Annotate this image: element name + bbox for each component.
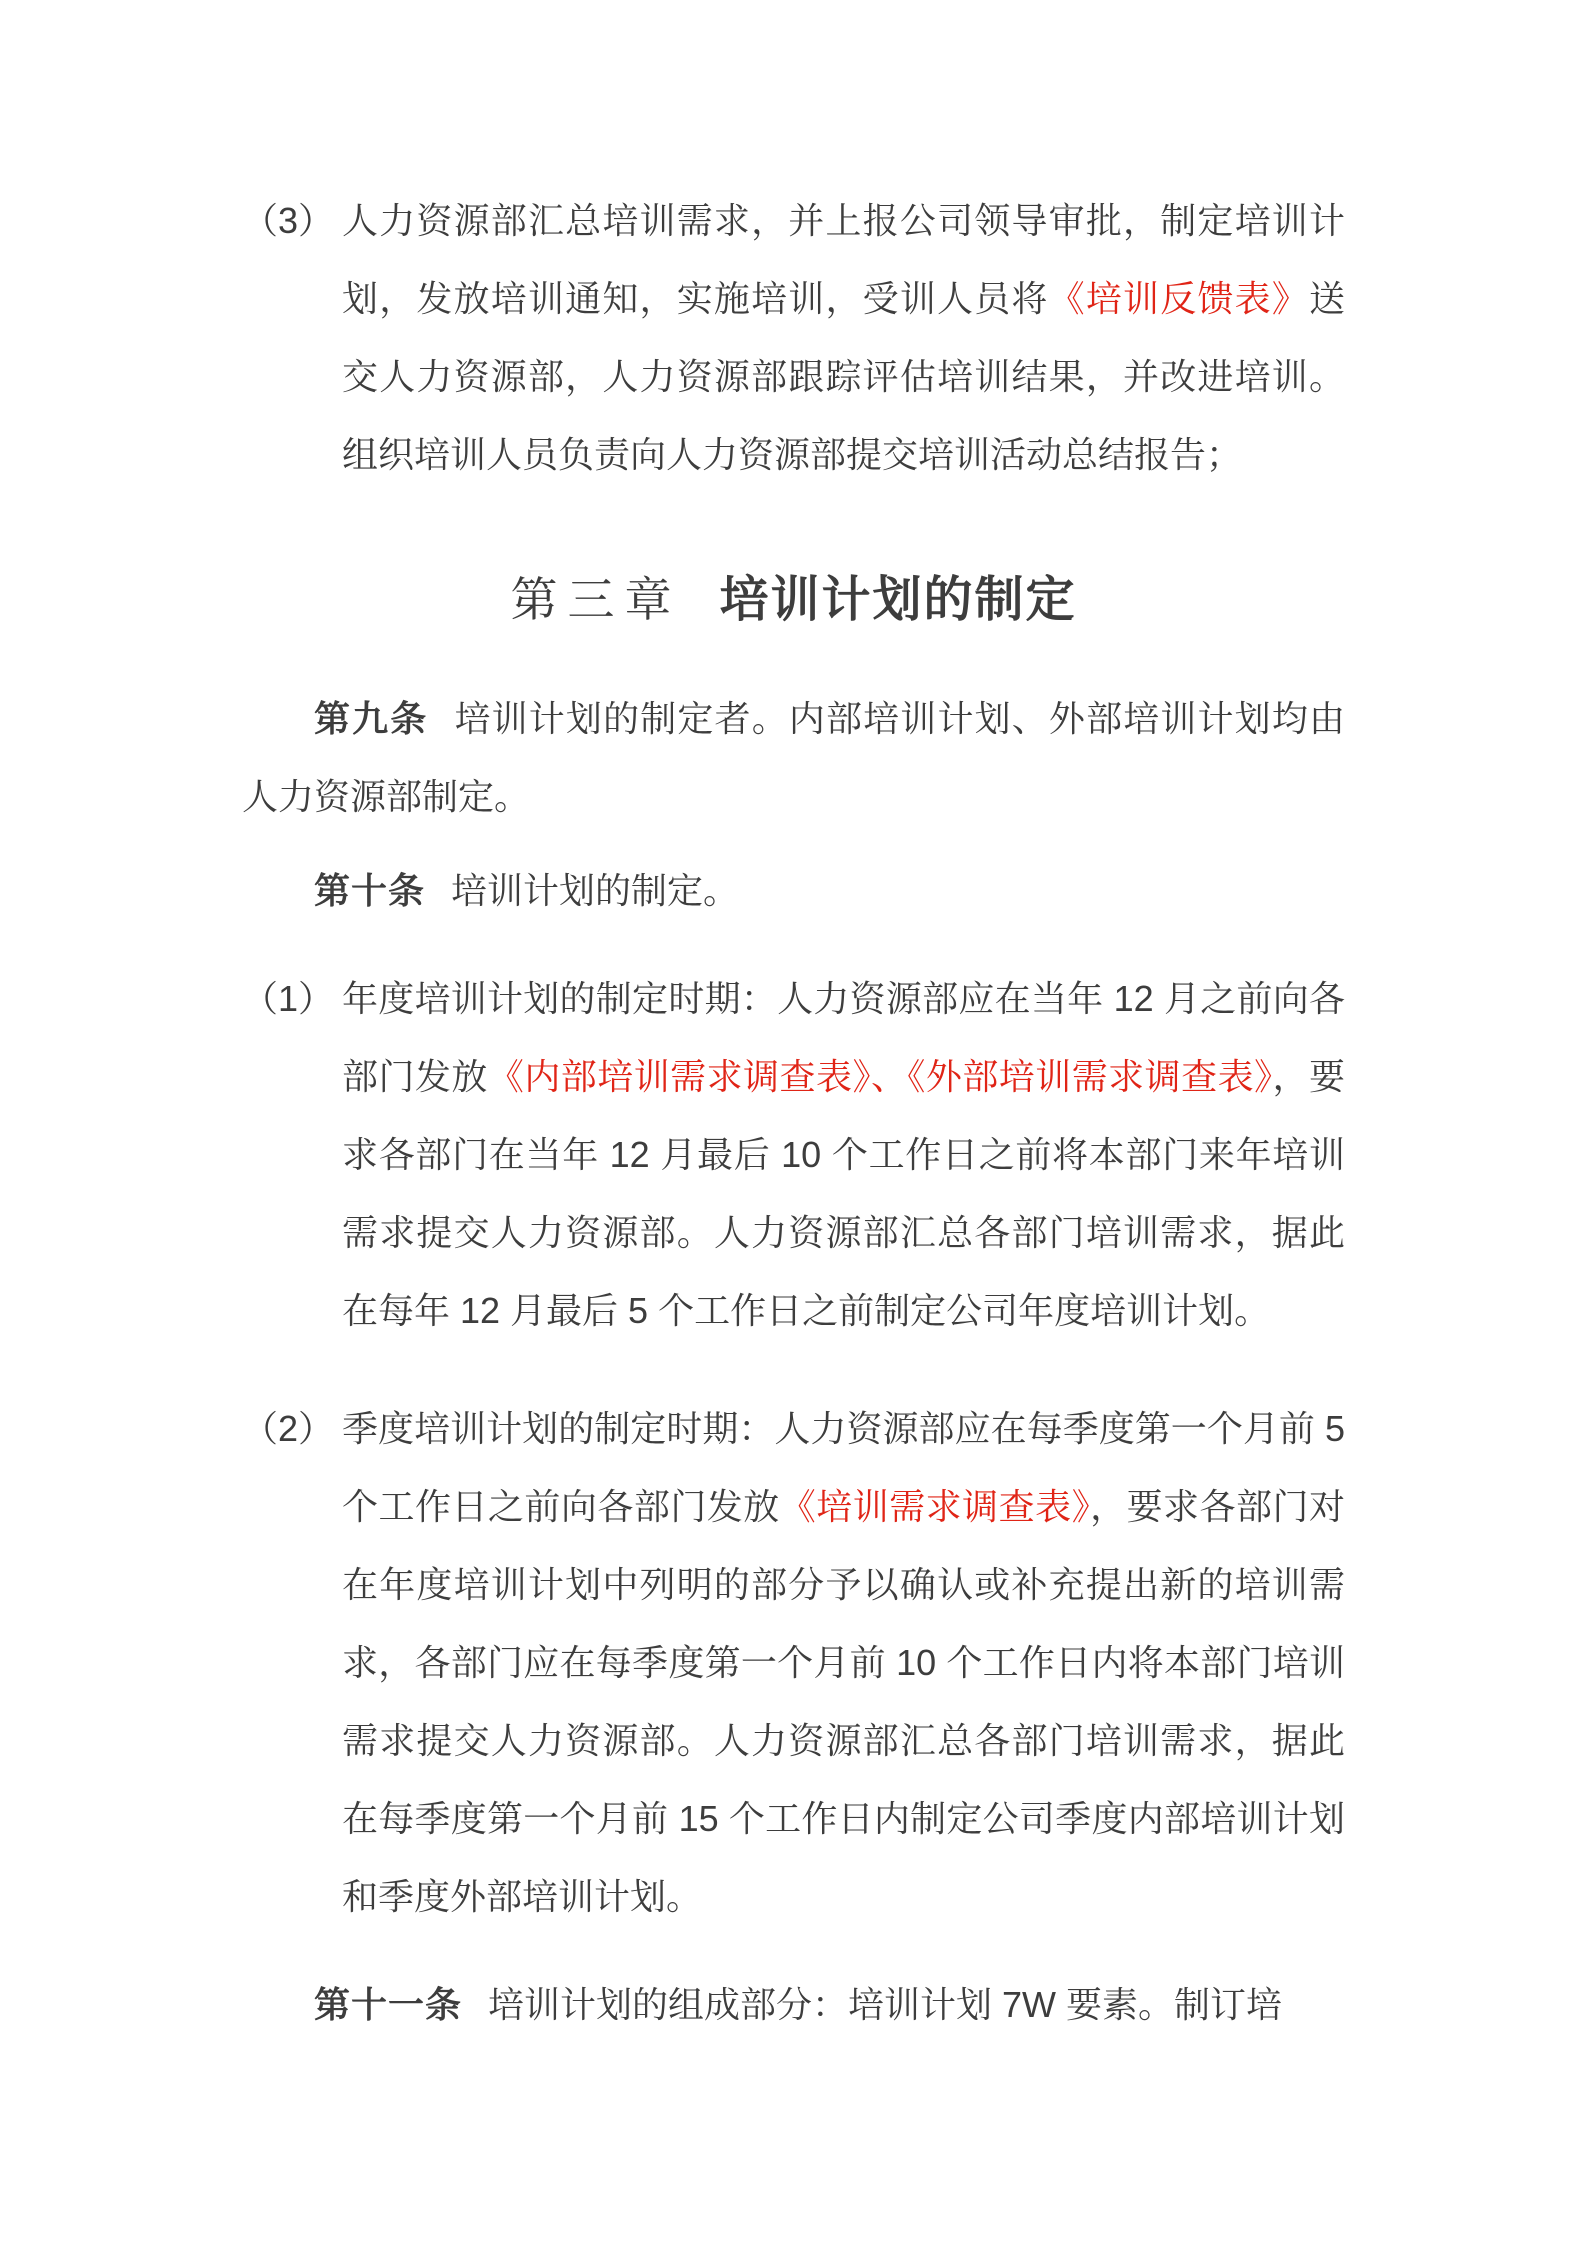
item-1-red-form-names: 《内部培训需求调查表》、《外部培训需求调查表》 (488, 1056, 1273, 1097)
numbered-item-3: （3） 人力资源部汇总培训需求，并上报公司领导审批，制定培训计划，发放培训通知，… (242, 182, 1345, 494)
article-9: 第九条培训计划的制定者。内部培训计划、外部培训计划均由人力资源部制定。 (242, 680, 1345, 836)
article-11-label: 第十一条 (314, 1984, 462, 2025)
chapter-heading: 第三章培训计划的制定 (242, 552, 1345, 652)
article-9-label: 第九条 (314, 698, 428, 739)
article-10-text: 培训计划的制定。 (451, 870, 739, 911)
item-3-number: （3） (242, 182, 334, 260)
item-1-text-part2: ，要求各部门在当年 12 月最后 10 个工作日之前将本部门来年培训需求提交人力… (342, 1056, 1345, 1331)
document-page: （3） 人力资源部汇总培训需求，并上报公司领导审批，制定培训计划，发放培训通知，… (0, 0, 1587, 2245)
article-10: 第十条培训计划的制定。 (242, 852, 1345, 930)
numbered-item-2: （2） 季度培训计划的制定时期：人力资源部应在每季度第一个月前 5 个工作日之前… (242, 1390, 1345, 1936)
item-2-red-form-name: 《培训需求调查表》 (780, 1486, 1090, 1527)
item-2-number: （2） (242, 1390, 334, 1468)
numbered-item-1: （1） 年度培训计划的制定时期：人力资源部应在当年 12 月之前向各部门发放《内… (242, 960, 1345, 1350)
chapter-number: 第三章 (510, 575, 681, 627)
article-11: 第十一条培训计划的组成部分：培训计划 7W 要素。制订培 (242, 1966, 1345, 2044)
article-11-text: 培训计划的组成部分：培训计划 7W 要素。制订培 (488, 1984, 1282, 2025)
item-3-red-form-name: 《培训反馈表》 (1049, 278, 1309, 319)
item-2-text-part2: ，要求各部门对在年度培训计划中列明的部分予以确认或补充提出新的培训需求，各部门应… (342, 1486, 1345, 1917)
article-10-label: 第十条 (314, 870, 425, 911)
item-1-number: （1） (242, 960, 334, 1038)
chapter-title: 培训计划的制定 (719, 573, 1076, 627)
